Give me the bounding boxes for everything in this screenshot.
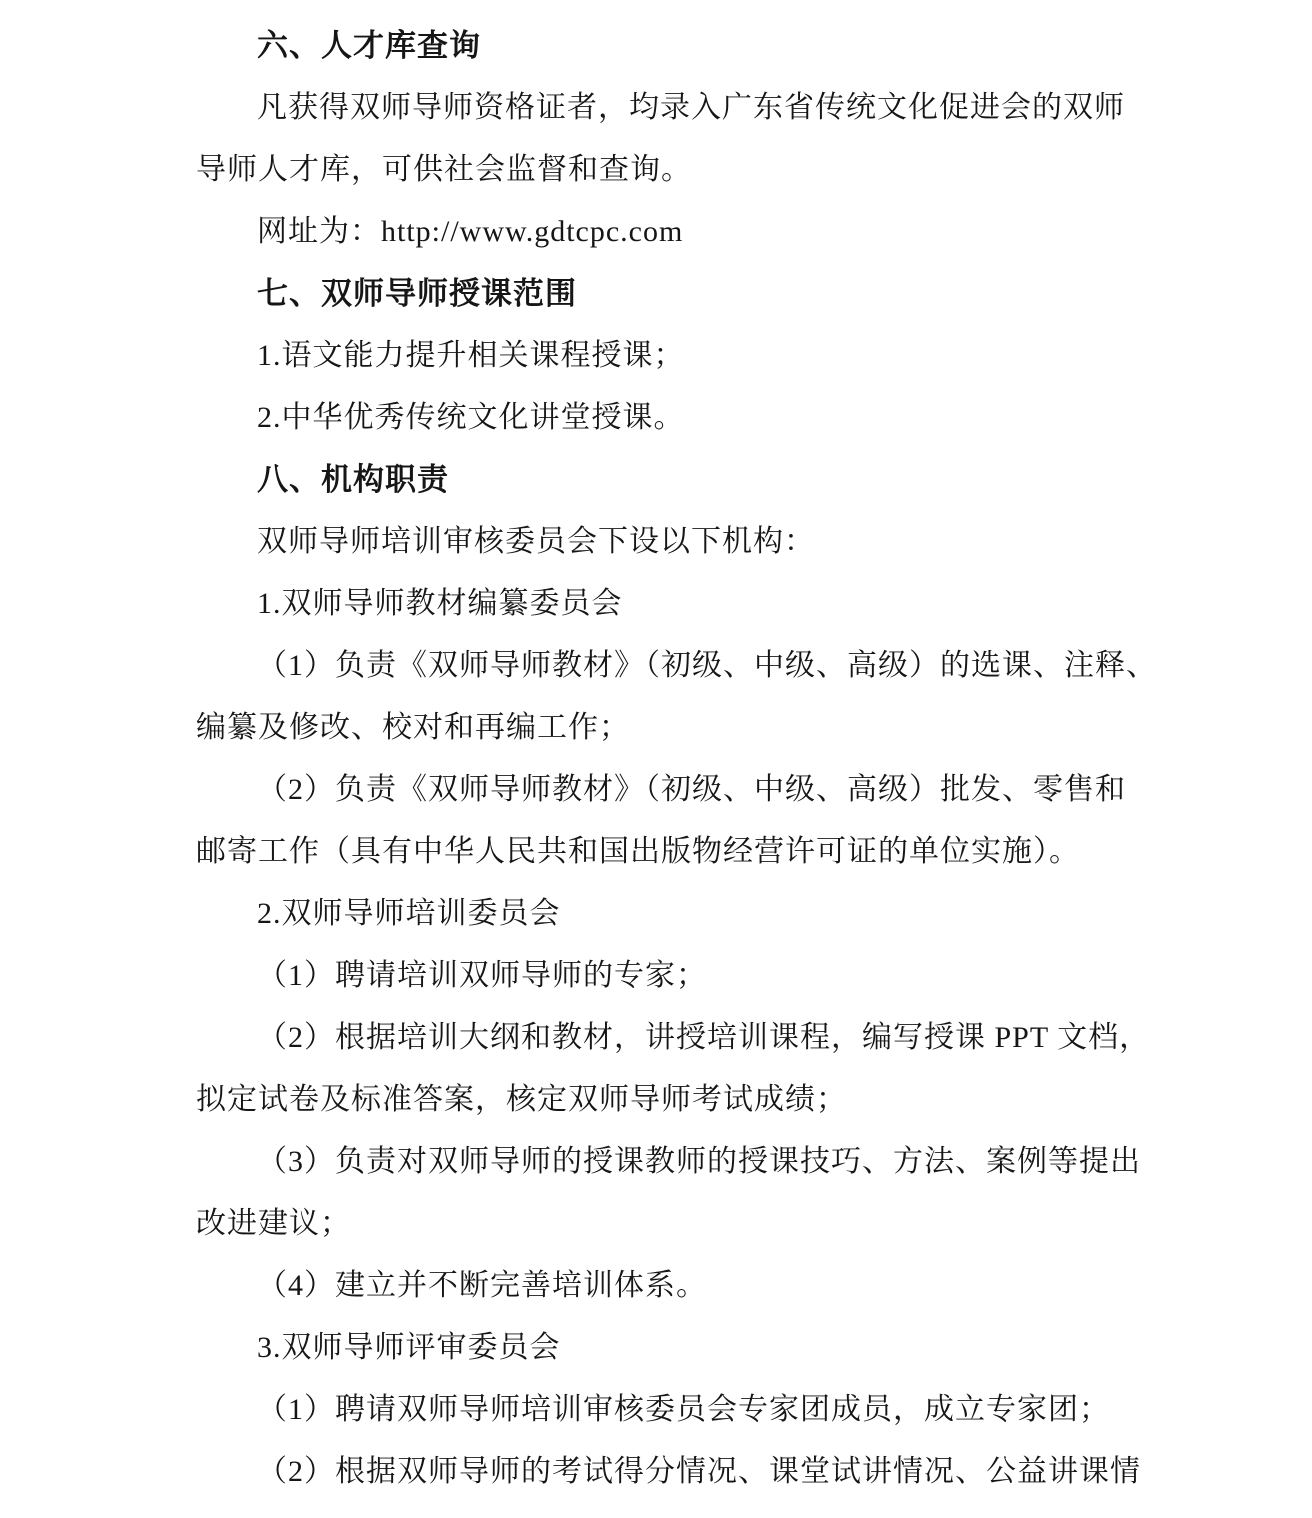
subheading-review-committee: 3.双师导师评审委员会 (196, 1317, 1120, 1379)
body-line: （2）根据培训大纲和教材，讲授培训课程，编写授课 PPT 文档， (196, 1007, 1120, 1069)
body-line: （2）负责《双师导师教材》（初级、中级、高级）批发、零售和 (196, 759, 1120, 821)
website-url-line: 网址为：http://www.gdtcpc.com (196, 201, 1120, 263)
body-line: （1）负责《双师导师教材》（初级、中级、高级）的选课、注释、 (196, 635, 1120, 697)
document-body: 六、人才库查询 凡获得双师导师资格证者，均录入广东省传统文化促进会的双师 导师人… (196, 15, 1120, 1503)
body-line: 邮寄工作（具有中华人民共和国出版物经营许可证的单位实施）。 (196, 821, 1120, 883)
list-item-culture-lectures: 2.中华优秀传统文化讲堂授课。 (196, 387, 1120, 449)
heading-teaching-scope: 七、双师导师授课范围 (196, 263, 1120, 325)
body-line: 拟定试卷及标准答案，核定双师导师考试成绩； (196, 1069, 1120, 1131)
body-line: 改进建议； (196, 1193, 1120, 1255)
body-line: （2）根据双师导师的考试得分情况、课堂试讲情况、公益讲课情 (196, 1441, 1120, 1503)
body-line: 编纂及修改、校对和再编工作； (196, 697, 1120, 759)
body-line: 双师导师培训审核委员会下设以下机构： (196, 511, 1120, 573)
body-line: 凡获得双师导师资格证者，均录入广东省传统文化促进会的双师 (196, 77, 1120, 139)
body-line: （1）聘请培训双师导师的专家； (196, 945, 1120, 1007)
body-line: （1）聘请双师导师培训审核委员会专家团成员，成立专家团； (196, 1379, 1120, 1441)
document-page: 六、人才库查询 凡获得双师导师资格证者，均录入广东省传统文化促进会的双师 导师人… (0, 0, 1312, 1518)
subheading-training-committee: 2.双师导师培训委员会 (196, 883, 1120, 945)
body-line: （3）负责对双师导师的授课教师的授课技巧、方法、案例等提出 (196, 1131, 1120, 1193)
heading-organization-duties: 八、机构职责 (196, 449, 1120, 511)
list-item-language-courses: 1.语文能力提升相关课程授课； (196, 325, 1120, 387)
heading-talent-pool-query: 六、人才库查询 (196, 15, 1120, 77)
subheading-textbook-committee: 1.双师导师教材编纂委员会 (196, 573, 1120, 635)
body-line: （4）建立并不断完善培训体系。 (196, 1255, 1120, 1317)
body-line: 导师人才库，可供社会监督和查询。 (196, 139, 1120, 201)
